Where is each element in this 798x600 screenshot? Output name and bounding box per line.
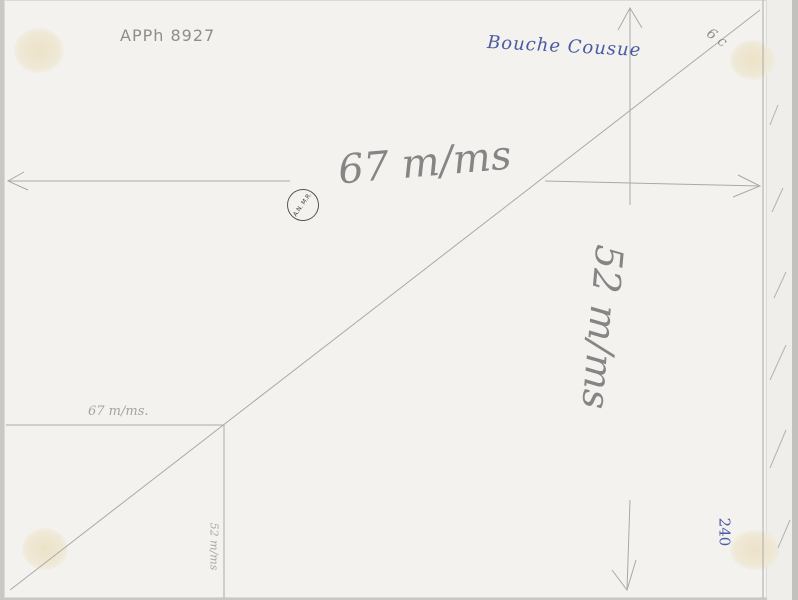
pencil-measurement-lines bbox=[0, 0, 798, 600]
stamp-text: A.N. M.R. bbox=[293, 192, 314, 218]
archive-reference: APPh 8927 bbox=[120, 26, 215, 45]
diagonal-crop-line bbox=[10, 10, 760, 590]
inventory-number: 240 bbox=[715, 518, 733, 547]
width-measurement-small: 67 m/ms. bbox=[88, 404, 149, 419]
height-measurement-small: 52 m/ms bbox=[207, 523, 220, 571]
